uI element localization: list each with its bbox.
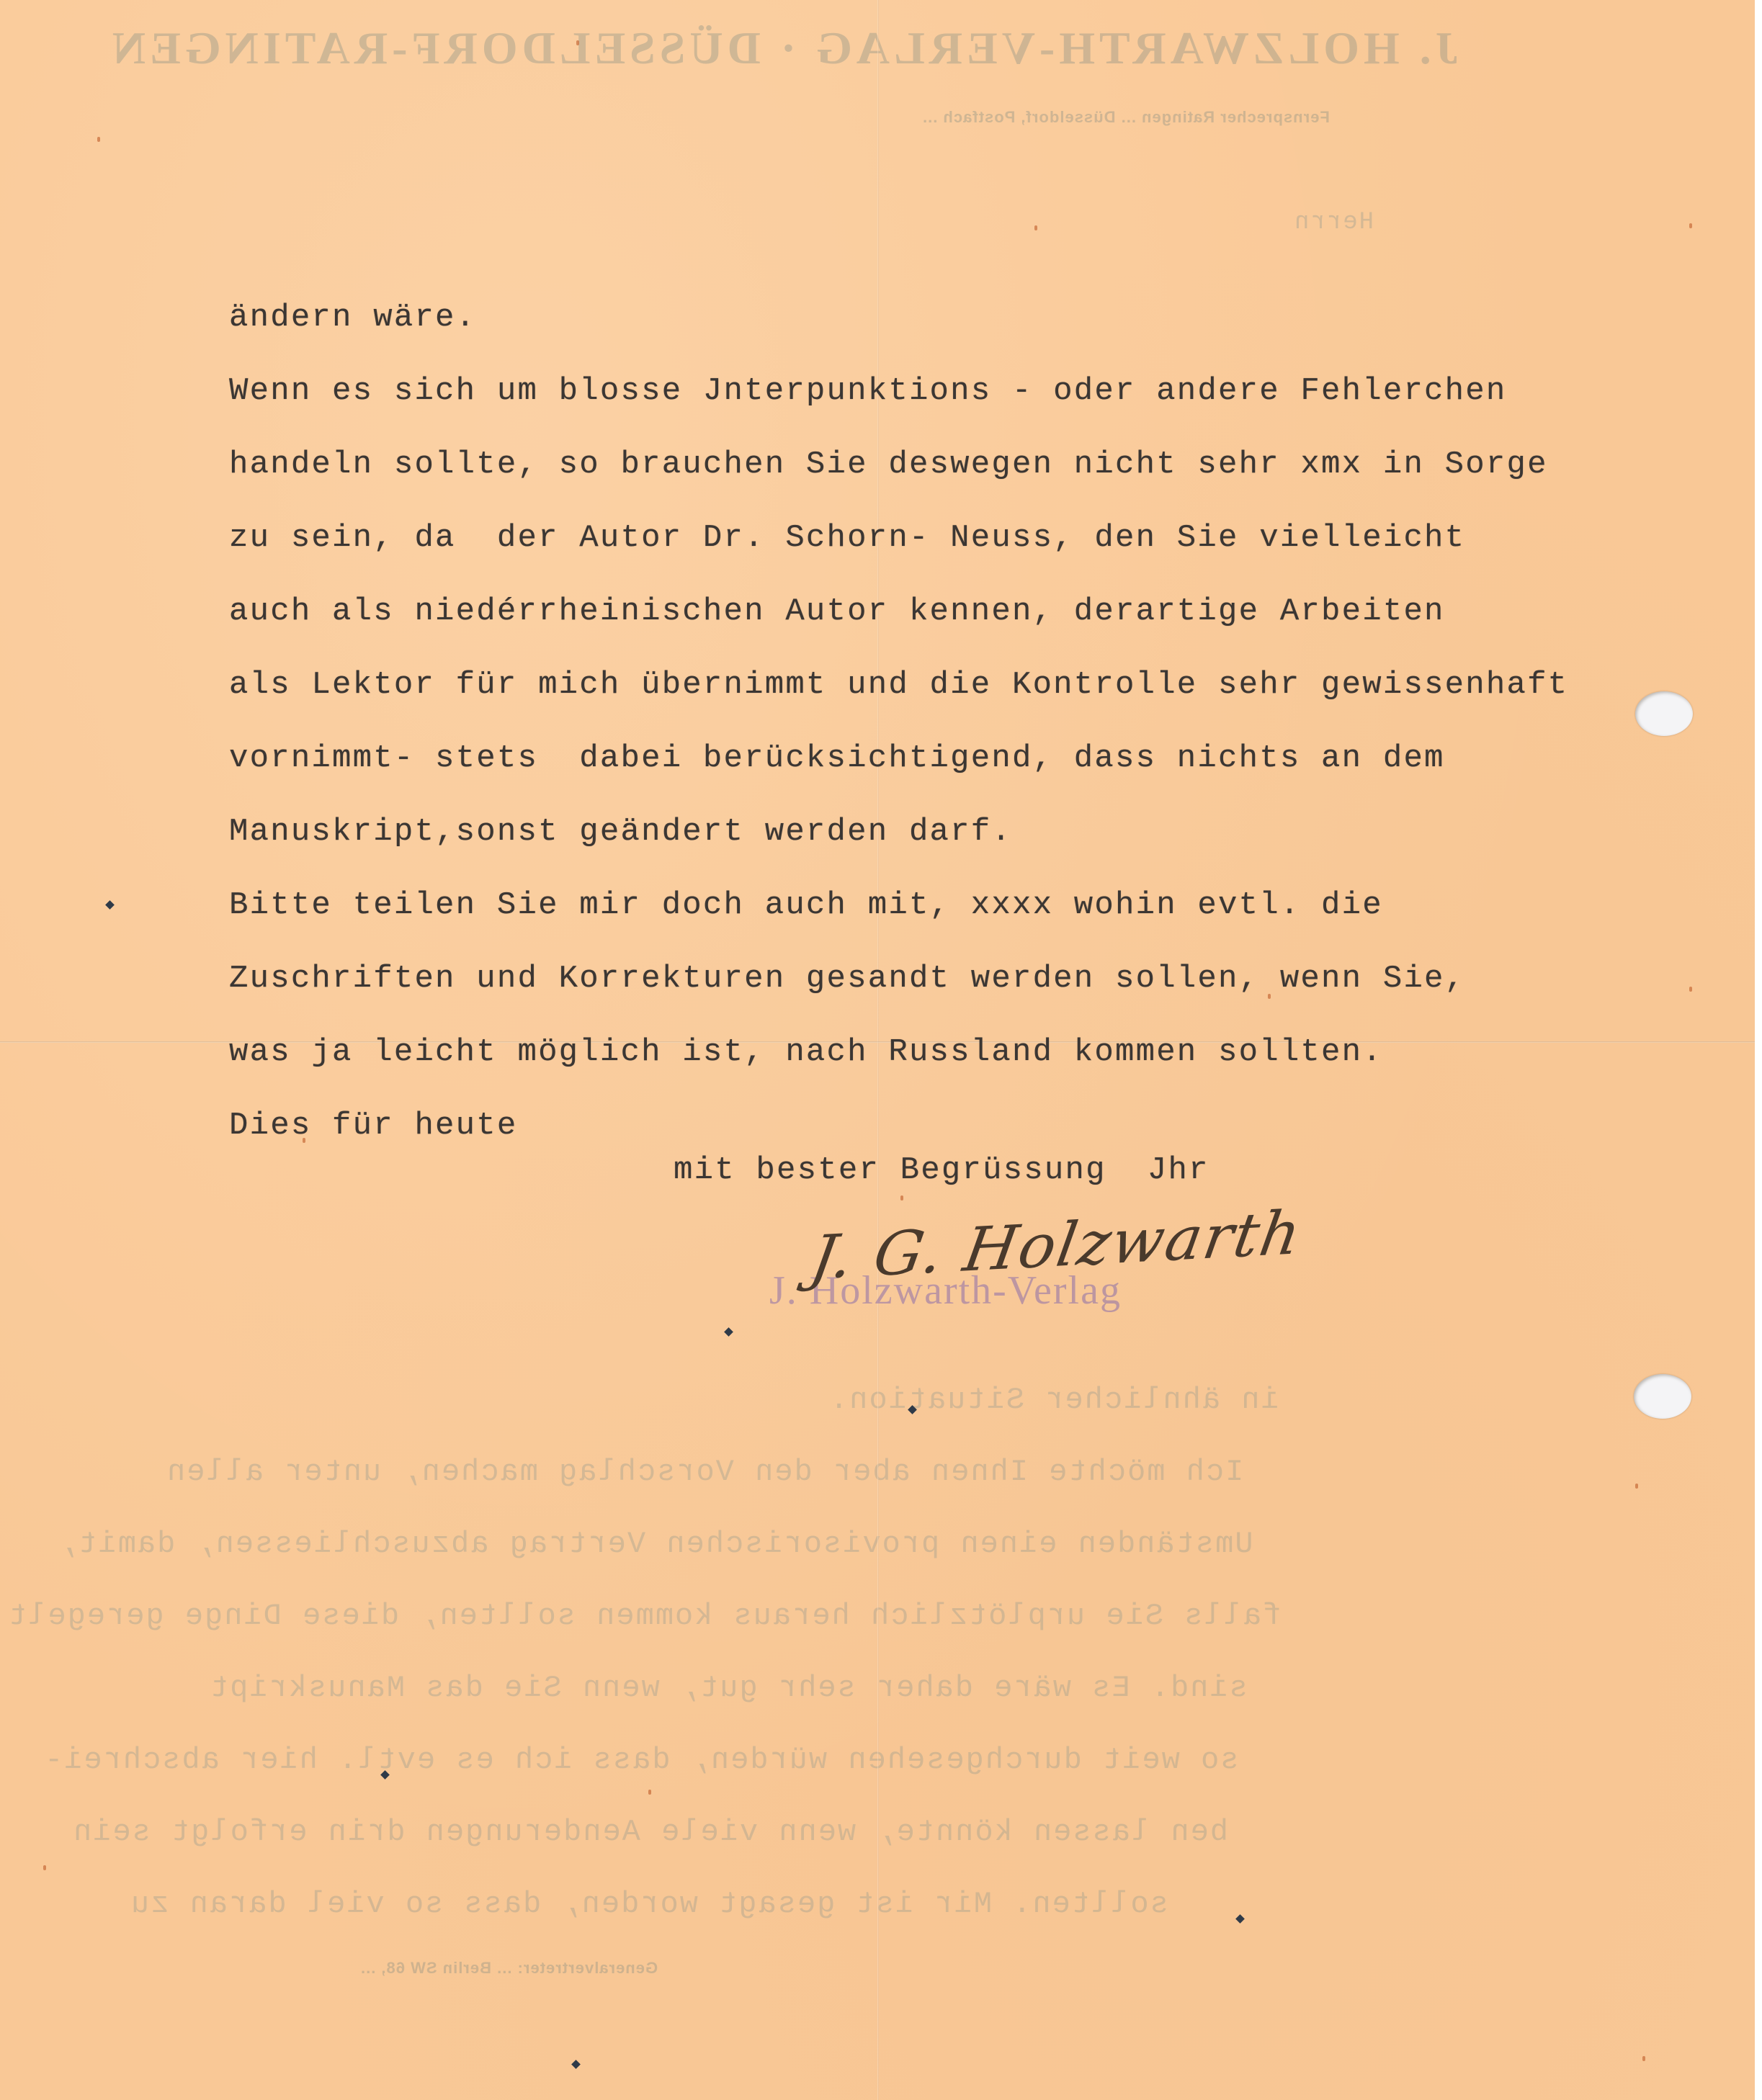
body-line: was ja leicht möglich ist, nach Russland… — [229, 1015, 1655, 1089]
paper-speck — [1689, 223, 1692, 228]
bleed-footer: Generalvertreter: ... Berlin SW 68, ... — [360, 1959, 658, 1978]
paper-speck — [576, 40, 579, 45]
body-line: ändern wäre. — [229, 281, 1655, 354]
bleed-line: ben lassen könnte, wenn viele Aenderunge… — [72, 1815, 1228, 1849]
bleed-line: in ähnlicher Situation. — [828, 1383, 1279, 1417]
ink-dot-mark — [1235, 1914, 1245, 1924]
paper-speck — [648, 1790, 651, 1795]
handwritten-signature: J. G. Holzwarth — [806, 1197, 1307, 1293]
bleed-addressee: Herrn — [1293, 209, 1374, 236]
paper-speck — [1689, 987, 1692, 992]
body-line: Bitte teilen Sie mir doch auch mit, xxxx… — [229, 869, 1655, 942]
paper-speck — [1635, 1484, 1638, 1489]
ink-dot-mark — [571, 2060, 581, 2069]
body-line: handeln sollte, so brauchen Sie deswegen… — [229, 428, 1655, 501]
body-line: Manuskript,sonst geändert werden darf. — [229, 795, 1655, 869]
body-line: Dies für heute — [229, 1089, 1655, 1162]
ink-dot-mark — [724, 1327, 733, 1337]
paper-speck — [97, 137, 100, 142]
body-line: zu sein, da der Autor Dr. Schorn- Neuss,… — [229, 501, 1655, 575]
body-line: Wenn es sich um blosse Jnterpunktions - … — [229, 354, 1655, 428]
letter-body: ändern wäre. Wenn es sich um blosse Jnte… — [229, 281, 1655, 1162]
bleed-line: sind. Es wäre daher sehr gut, wenn Sie d… — [209, 1671, 1248, 1705]
bleed-line: sollten. Mir ist gesagt worden, dass so … — [130, 1887, 1168, 1921]
paper-speck — [1642, 2056, 1645, 2061]
body-line: vornimmt- stets dabei berücksichtigend, … — [229, 722, 1655, 795]
body-line: auch als niedérrheinischen Autor kennen,… — [229, 575, 1655, 648]
bleed-line: Ich möchte Ihnen aber den Vorschlag mach… — [166, 1455, 1243, 1489]
closing-salutation: mit bester Begrüssung Jhr — [674, 1152, 1209, 1188]
paper-speck — [303, 1138, 305, 1143]
body-line: Zuschriften und Korrekturen gesandt werd… — [229, 942, 1655, 1015]
body-line: als Lektor für mich übernimmt und die Ko… — [229, 648, 1655, 722]
bleed-line: Umständen einen provisorischen Vertrag a… — [58, 1527, 1253, 1561]
paper-speck — [43, 1865, 46, 1870]
letter-page: J. HOLZWARTH-VERLAG · DÜSSELDORF-RATINGE… — [0, 0, 1755, 2100]
bleed-letterhead: J. HOLZWARTH-VERLAG · DÜSSELDORF-RATINGE… — [108, 22, 1459, 75]
bleed-line: so weit durchgesehen würden, dass ich es… — [43, 1743, 1238, 1777]
punch-hole-icon — [1635, 691, 1693, 736]
paper-speck — [900, 1195, 903, 1201]
scan-margin — [1755, 0, 1762, 2100]
ink-dot-mark — [105, 900, 115, 910]
paper-speck — [1034, 225, 1037, 230]
bleed-letterhead-sub: Fernsprecher Ratingen ... Düsseldorf, Po… — [922, 108, 1330, 127]
bleed-line: falls Sie urplötzlich heraus kommen soll… — [7, 1599, 1281, 1633]
punch-hole-icon — [1634, 1374, 1691, 1419]
paper-speck — [1268, 994, 1271, 999]
